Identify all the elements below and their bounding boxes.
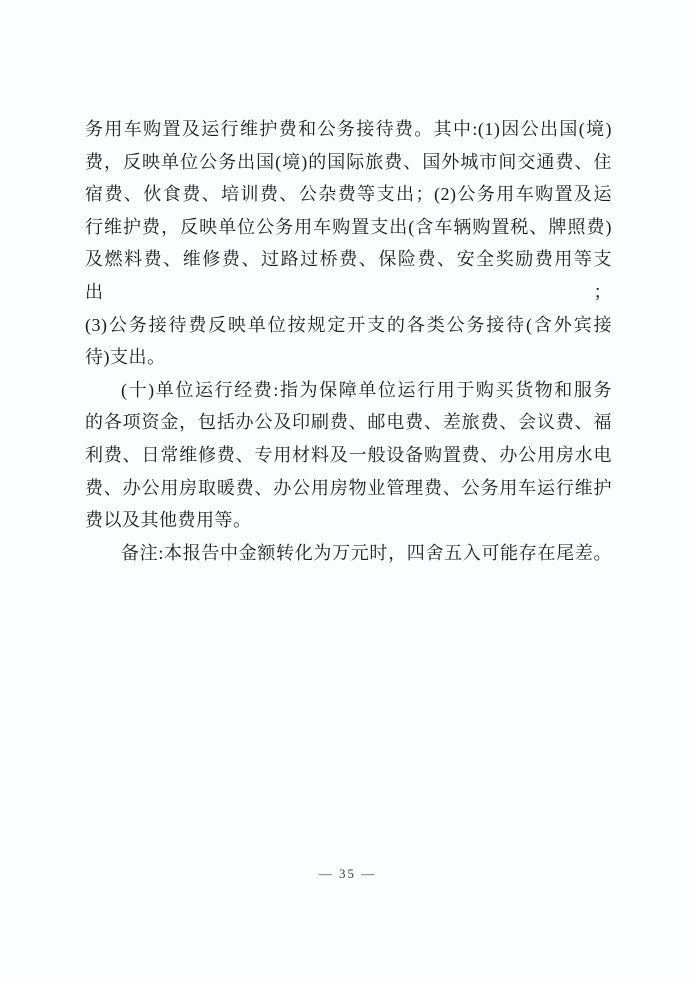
page-number: — 35 — (0, 866, 695, 882)
text-line: 行维护费，反映单位公务用车购置支出(含车辆购置税、牌照费) (85, 211, 612, 244)
document-body: 务用车购置及运行维护费和公务接待费。其中:(1)因公出国(境)费，反映单位公务出… (85, 113, 612, 569)
document-page: 务用车购置及运行维护费和公务接待费。其中:(1)因公出国(境)费，反映单位公务出… (0, 0, 695, 983)
text-line: (3)公务接待费反映单位按规定开支的各类公务接待(含外宾接 (85, 309, 612, 342)
text-line: (十)单位运行经费:指为保障单位运行用于购买货物和服务 (85, 374, 612, 407)
text-line: 费，反映单位公务出国(境)的国际旅费、国外城市间交通费、住 (85, 146, 612, 179)
text-line: 利费、日常维修费、专用材料及一般设备购置费、办公用房水电 (85, 439, 612, 472)
text-line: 费、办公用房取暖费、办公用房物业管理费、公务用车运行维护 (85, 472, 612, 505)
text-line: 宿费、伙食费、培训费、公杂费等支出；(2)公务用车购置及运 (85, 178, 612, 211)
text-line: 备注:本报告中金额转化为万元时，四舍五入可能存在尾差。 (85, 537, 612, 570)
text-line: 待)支出。 (85, 341, 612, 374)
text-line: 的各项资金，包括办公及印刷费、邮电费、差旅费、会议费、福 (85, 406, 612, 439)
text-line: 及燃料费、维修费、过路过桥费、保险费、安全奖励费用等支出； (85, 243, 612, 308)
text-line: 费以及其他费用等。 (85, 504, 612, 537)
text-line: 务用车购置及运行维护费和公务接待费。其中:(1)因公出国(境) (85, 113, 612, 146)
